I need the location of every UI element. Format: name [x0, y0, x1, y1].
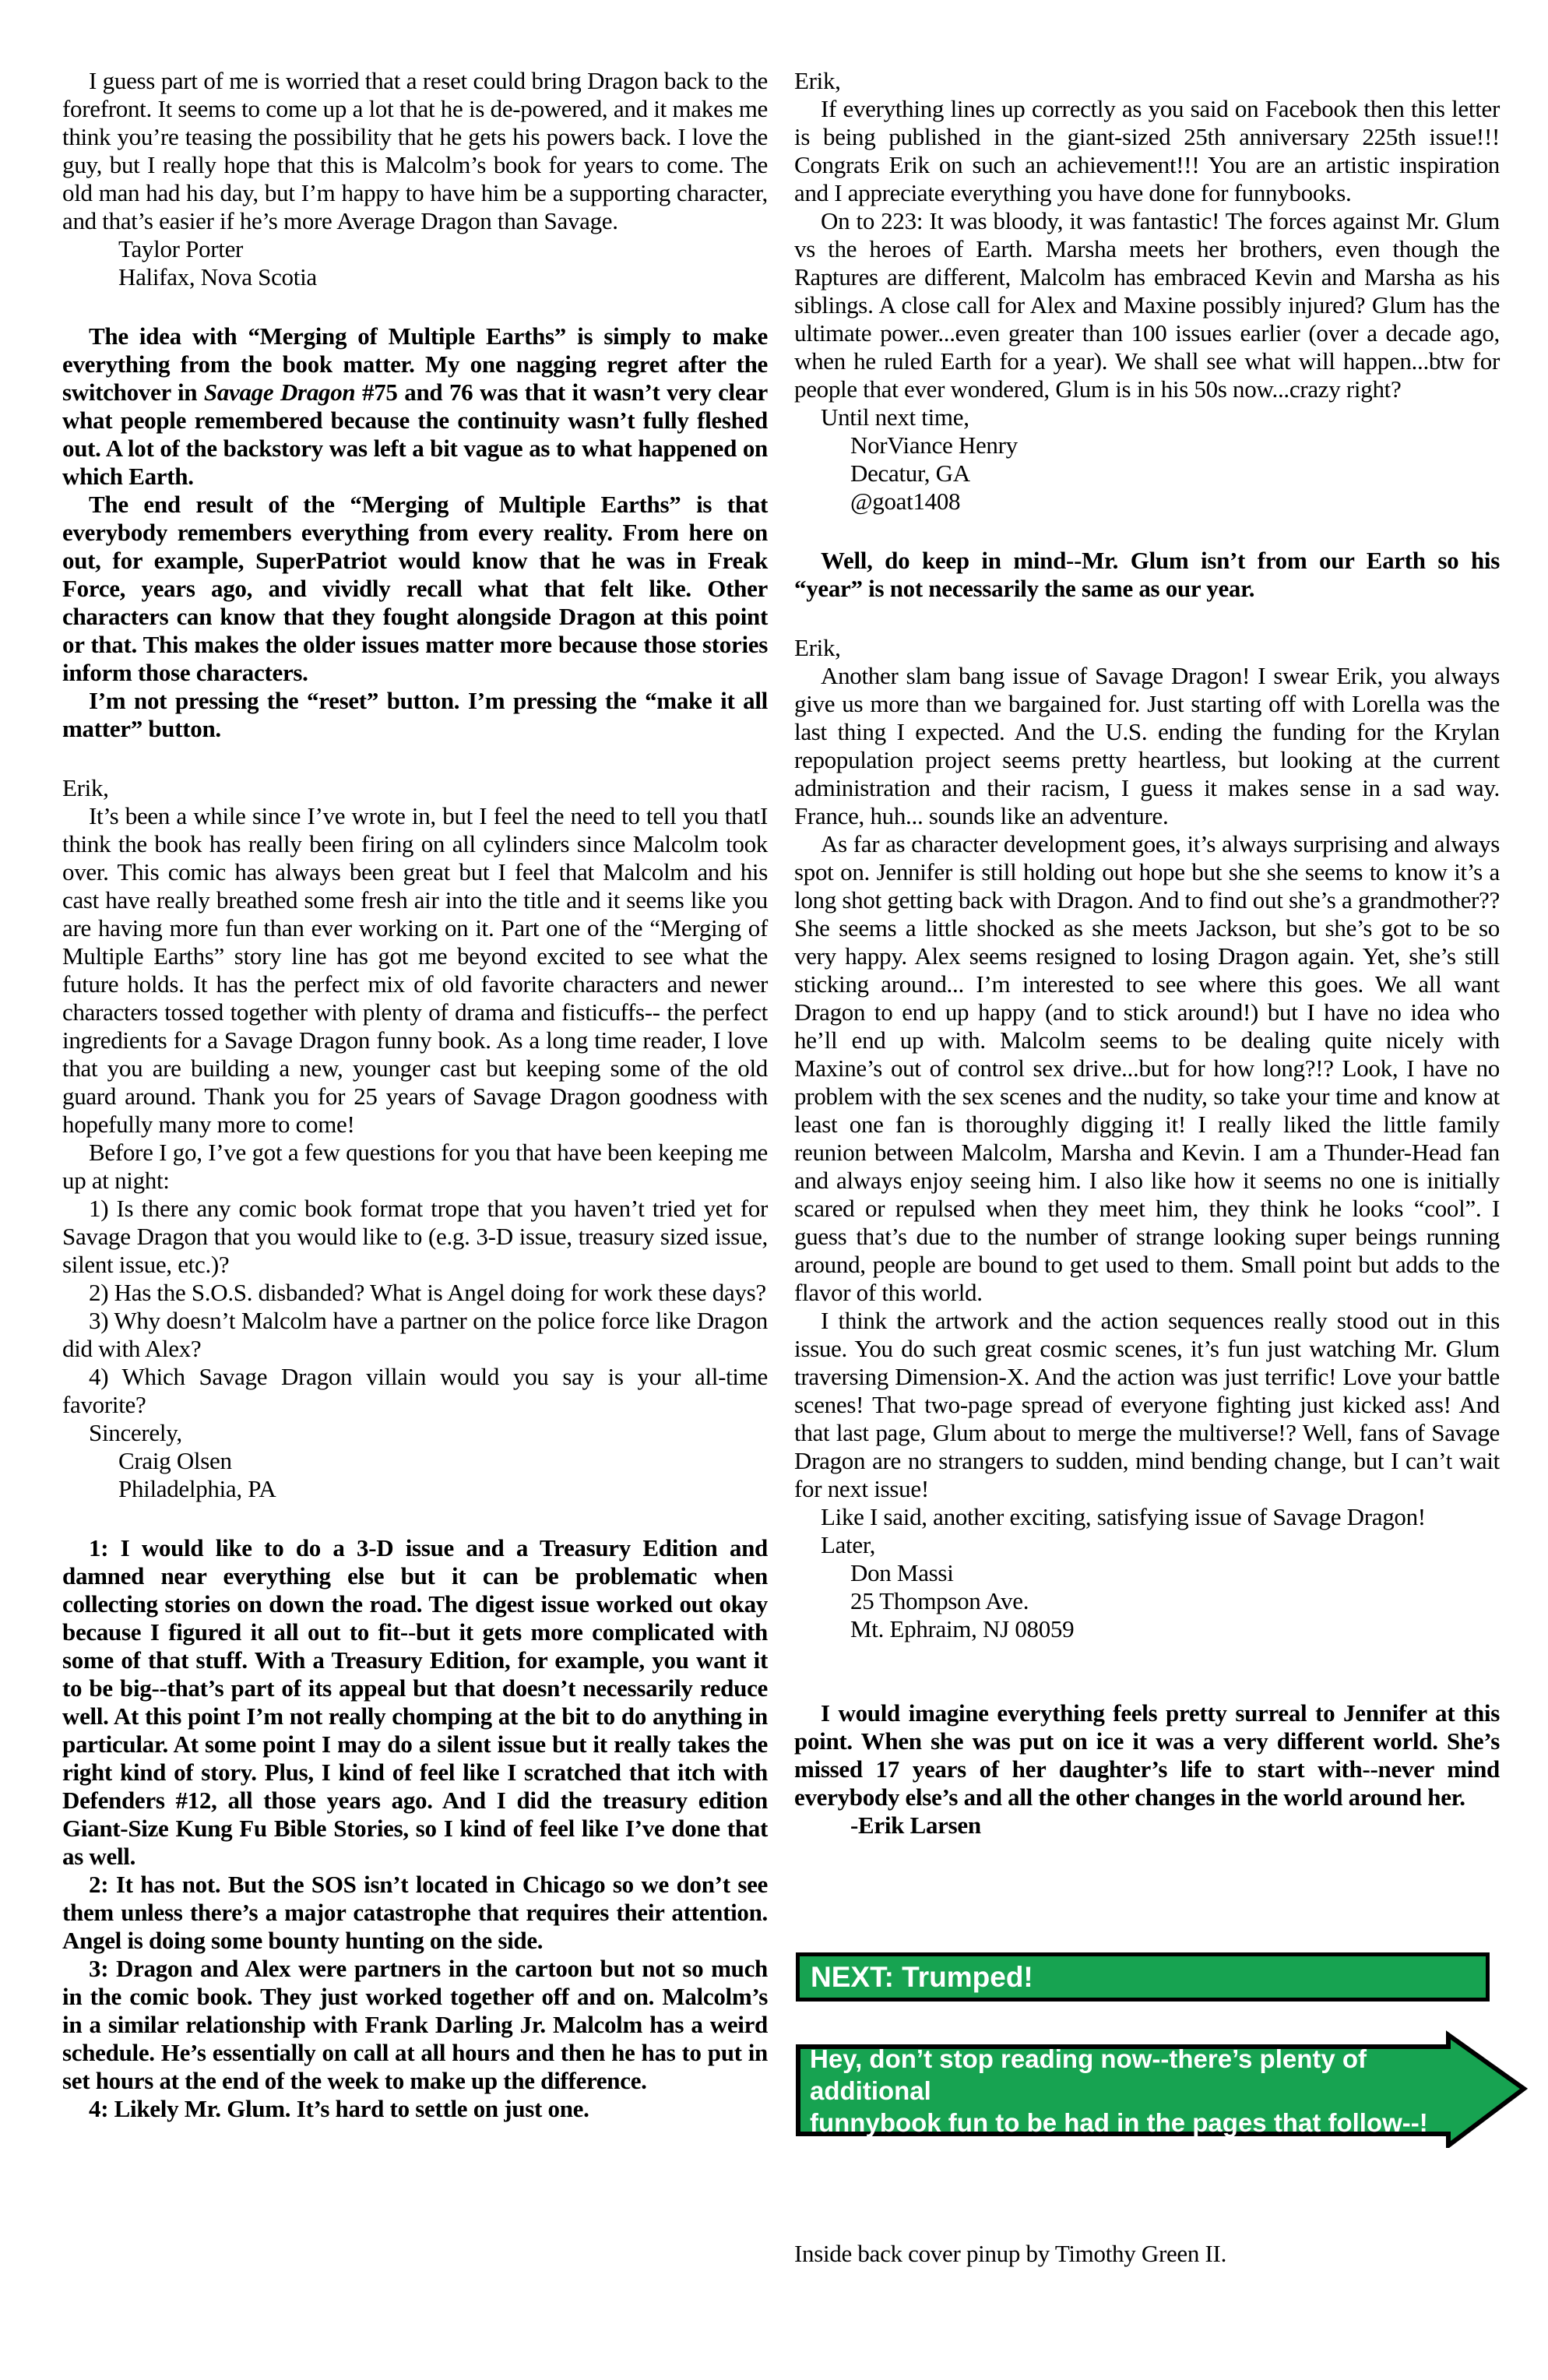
text-run: The end result of the “Merging of Multip…	[62, 491, 768, 686]
signature-name: Taylor Porter	[62, 235, 768, 263]
paragraph: Before I go, I’ve got a few questions fo…	[62, 1139, 768, 1195]
text-run: On to 223: It was bloody, it was fantast…	[794, 207, 1500, 403]
paragraph: I think the artwork and the action seque…	[794, 1307, 1500, 1503]
text-run: Taylor Porter	[118, 235, 243, 262]
letters-page: I guess part of me is worried that a res…	[0, 0, 1548, 2380]
paragraph: 1: I would like to do a 3-D issue and a …	[62, 1534, 768, 1871]
letters-column-left: I guess part of me is worried that a res…	[62, 67, 768, 2123]
text-run: Philadelphia, PA	[118, 1475, 276, 1502]
arrow-banner-text: Hey, don’t stop reading now--there’s ple…	[810, 2044, 1433, 2136]
signature-location: Philadelphia, PA	[62, 1475, 768, 1503]
letter-greeting: Erik,	[62, 774, 768, 802]
signature-name: Craig Olsen	[62, 1447, 768, 1475]
paragraph-gap	[62, 291, 768, 322]
paragraph: 2) Has the S.O.S. disbanded? What is Ang…	[62, 1279, 768, 1307]
paragraph: I guess part of me is worried that a res…	[62, 67, 768, 235]
pinup-credit: Inside back cover pinup by Timothy Green…	[794, 2240, 1500, 2268]
signature-location: Halifax, Nova Scotia	[62, 263, 768, 291]
text-run: NorViance Henry	[850, 431, 1018, 459]
paragraph-gap	[794, 603, 1500, 634]
text-run: 1) Is there any comic book format trope …	[62, 1195, 768, 1278]
text-run: Another slam bang issue of Savage Dragon…	[794, 662, 1500, 829]
paragraph: The idea with “Merging of Multiple Earth…	[62, 322, 768, 491]
text-run: 2: It has not. But the SOS isn’t located…	[62, 1871, 768, 1954]
paragraph-gap	[794, 1643, 1500, 1699]
text-run: Before I go, I’ve got a few questions fo…	[62, 1139, 768, 1194]
signature-name: Don Massi	[794, 1559, 1500, 1587]
signature-address: 25 Thompson Ave.	[794, 1587, 1500, 1615]
paragraph: On to 223: It was bloody, it was fantast…	[794, 207, 1500, 403]
text-run: Until next time,	[821, 403, 969, 431]
paragraph-gap	[794, 516, 1500, 547]
next-issue-banner-label: NEXT: Trumped!	[811, 1961, 1033, 1994]
text-run: @goat1408	[850, 488, 960, 515]
text-run: As far as character development goes, it…	[794, 830, 1500, 1306]
text-run: Mt. Ephraim, NJ 08059	[850, 1615, 1074, 1642]
signature-handle: @goat1408	[794, 488, 1500, 516]
signature-location: Decatur, GA	[794, 459, 1500, 488]
paragraph: It’s been a while since I’ve wrote in, b…	[62, 802, 768, 1139]
paragraph: 4: Likely Mr. Glum. It’s hard to settle …	[62, 2095, 768, 2123]
signature-closing: Later,	[794, 1531, 1500, 1559]
paragraph: 4) Which Savage Dragon villain would you…	[62, 1363, 768, 1419]
text-run: Erik,	[794, 634, 841, 661]
paragraph: If everything lines up correctly as you …	[794, 95, 1500, 207]
signature-closing: Sincerely,	[62, 1419, 768, 1447]
letter-greeting: Erik,	[794, 634, 1500, 662]
paragraph: The end result of the “Merging of Multip…	[62, 491, 768, 687]
paragraph: 1) Is there any comic book format trope …	[62, 1195, 768, 1279]
text-run: Later,	[821, 1531, 875, 1558]
arrow-banner-line1: Hey, don’t stop reading now--there’s ple…	[810, 2043, 1433, 2107]
paragraph: Well, do keep in mind--Mr. Glum isn’t fr…	[794, 547, 1500, 603]
signature-name: NorViance Henry	[794, 431, 1500, 459]
paragraph: I would imagine everything feels pretty …	[794, 1699, 1500, 1811]
paragraph: 3) Why doesn’t Malcolm have a partner on…	[62, 1307, 768, 1363]
text-run: 25 Thompson Ave.	[850, 1587, 1029, 1614]
text-run: If everything lines up correctly as you …	[794, 95, 1500, 206]
text-run: Don Massi	[850, 1559, 954, 1586]
paragraph: Like I said, another exciting, satisfyin…	[794, 1503, 1500, 1531]
paragraph: I’m not pressing the “reset” button. I’m…	[62, 687, 768, 743]
text-run: I guess part of me is worried that a res…	[62, 67, 768, 234]
paragraph: 2: It has not. But the SOS isn’t located…	[62, 1871, 768, 1955]
text-run: 3: Dragon and Alex were partners in the …	[62, 1955, 768, 2094]
paragraph: Another slam bang issue of Savage Dragon…	[794, 662, 1500, 830]
letter-greeting: Erik,	[794, 67, 1500, 95]
signature-location: Mt. Ephraim, NJ 08059	[794, 1615, 1500, 1643]
text-run: Craig Olsen	[118, 1447, 232, 1474]
text-run: 4) Which Savage Dragon villain would you…	[62, 1363, 768, 1418]
text-run: 1: I would like to do a 3-D issue and a …	[62, 1534, 768, 1870]
text-run: I think the artwork and the action seque…	[794, 1307, 1500, 1502]
text-run: It’s been a while since I’ve wrote in, b…	[62, 802, 768, 1138]
text-run: I would imagine everything feels pretty …	[794, 1699, 1500, 1811]
text-run: -Erik Larsen	[850, 1811, 981, 1839]
editor-signature: -Erik Larsen	[794, 1811, 1500, 1840]
text-run: Like I said, another exciting, satisfyin…	[821, 1503, 1426, 1530]
letters-column-right: Erik,If everything lines up correctly as…	[794, 67, 1500, 1840]
paragraph-gap	[62, 1503, 768, 1534]
text-run: Erik,	[62, 774, 109, 801]
arrow-banner-line2: funnybook fun to be had in the pages tha…	[810, 2107, 1433, 2139]
text-run: 4: Likely Mr. Glum. It’s hard to settle …	[89, 2095, 589, 2122]
text-run: 2) Has the S.O.S. disbanded? What is Ang…	[89, 1279, 766, 1306]
text-run: I’m not pressing the “reset” button. I’m…	[62, 687, 768, 742]
text-run: Sincerely,	[89, 1419, 182, 1446]
text-run: Halifax, Nova Scotia	[118, 263, 317, 290]
paragraph-gap	[62, 743, 768, 774]
text-run: Erik,	[794, 67, 841, 94]
signature-closing: Until next time,	[794, 403, 1500, 431]
text-run: 3) Why doesn’t Malcolm have a partner on…	[62, 1307, 768, 1362]
continue-reading-arrow: Hey, don’t stop reading now--there’s ple…	[796, 2030, 1529, 2148]
italic-title-text: Savage Dragon	[204, 378, 356, 406]
text-run: Well, do keep in mind--Mr. Glum isn’t fr…	[794, 547, 1500, 602]
text-run: Decatur, GA	[850, 459, 970, 487]
paragraph: As far as character development goes, it…	[794, 830, 1500, 1307]
paragraph: 3: Dragon and Alex were partners in the …	[62, 1955, 768, 2095]
next-issue-banner: NEXT: Trumped!	[796, 1952, 1490, 2002]
